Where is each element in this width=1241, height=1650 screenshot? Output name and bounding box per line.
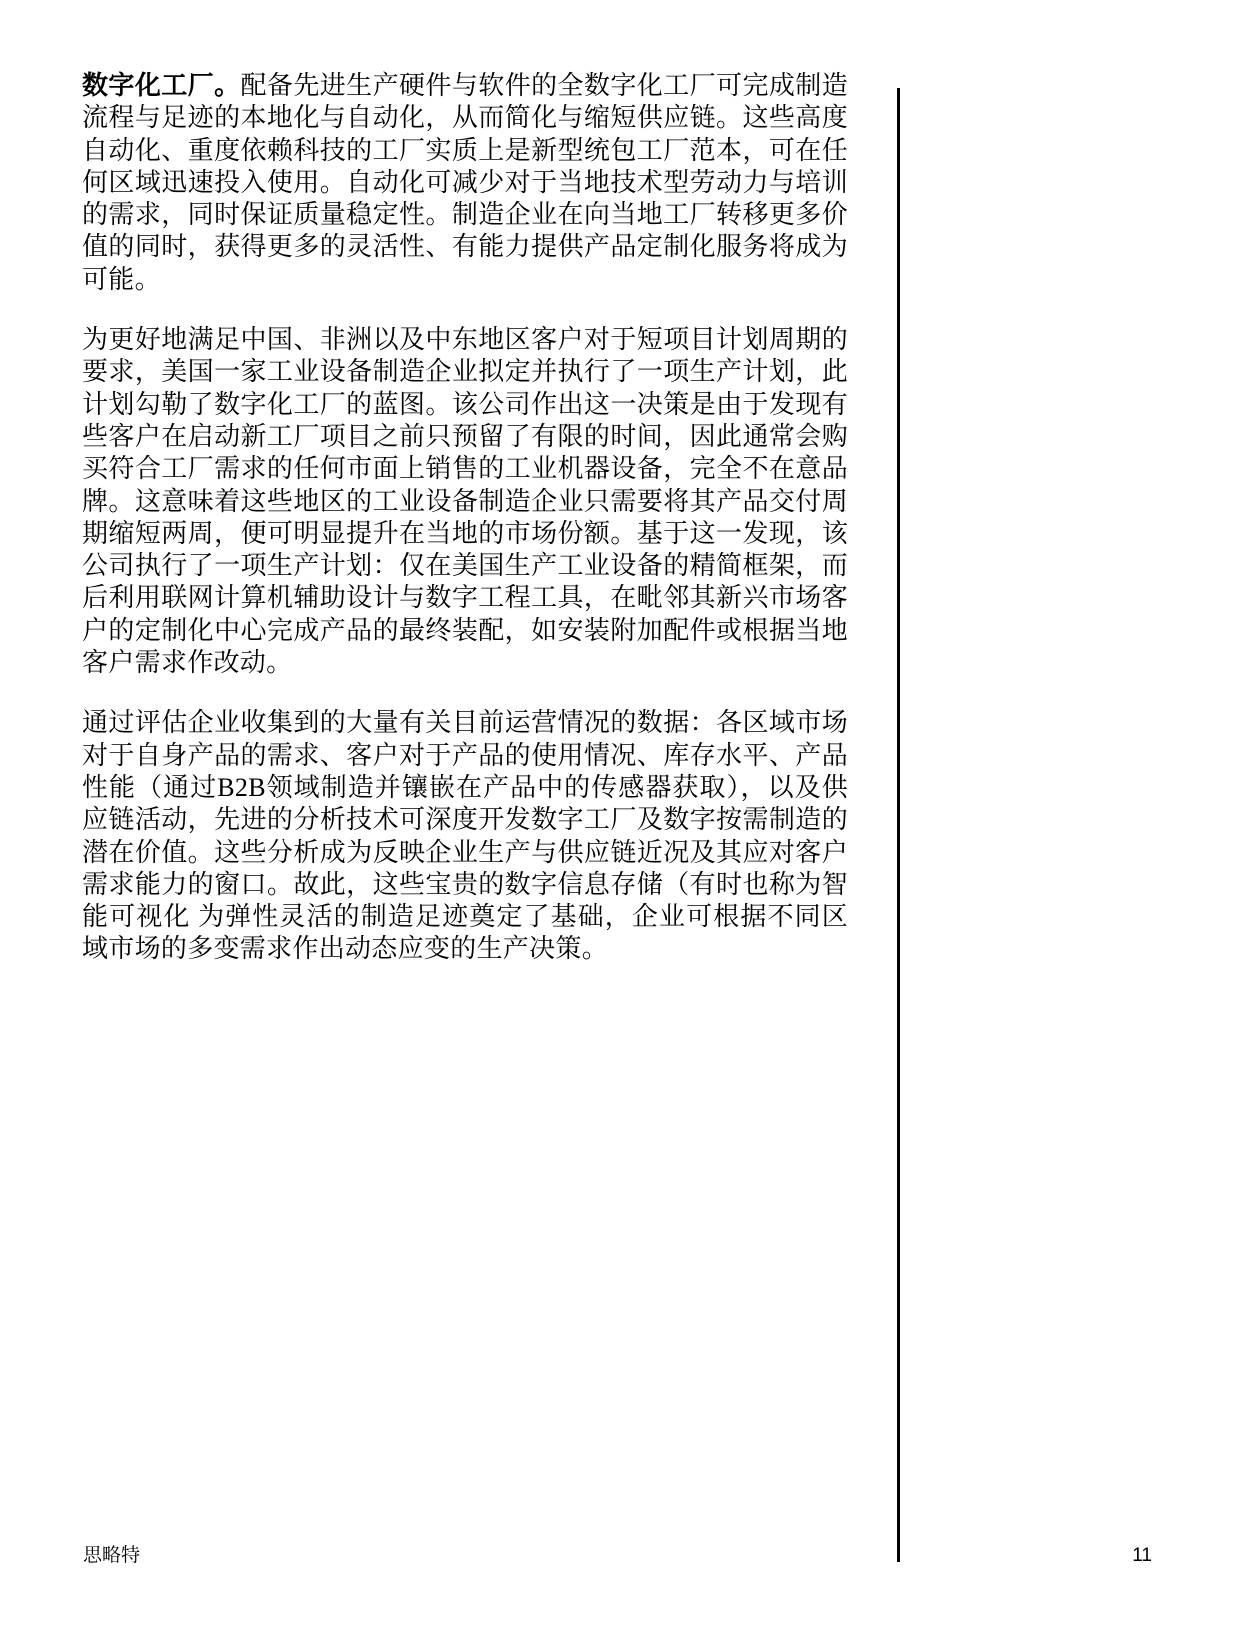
- page: 数字化工厂。配备先进生产硬件与软件的全数字化工厂可完成制造流程与足迹的本地化与自…: [0, 0, 1241, 1650]
- paragraph-body: 配备先进生产硬件与软件的全数字化工厂可完成制造流程与足迹的本地化与自动化，从而简…: [82, 71, 848, 294]
- column-divider-rule: [897, 88, 900, 1562]
- page-number: 11: [1132, 1544, 1152, 1568]
- paragraph: 为更好地满足中国、非洲以及中东地区客户对于短项目计划周期的要求，美国一家工业设备…: [82, 324, 848, 679]
- paragraph: 通过评估企业收集到的大量有关目前运营情况的数据：各区域市场对于自身产品的需求、客…: [82, 707, 848, 965]
- paragraph-body: 通过评估企业收集到的大量有关目前运营情况的数据：各区域市场对于自身产品的需求、客…: [82, 708, 848, 963]
- paragraph-lead: 数字化工厂。: [82, 71, 241, 100]
- paragraph: 数字化工厂。配备先进生产硬件与软件的全数字化工厂可完成制造流程与足迹的本地化与自…: [82, 70, 848, 296]
- footer-brand: 思略特: [83, 1544, 140, 1568]
- paragraph-body: 为更好地满足中国、非洲以及中东地区客户对于短项目计划周期的要求，美国一家工业设备…: [82, 325, 848, 677]
- article-text-column: 数字化工厂。配备先进生产硬件与软件的全数字化工厂可完成制造流程与足迹的本地化与自…: [82, 70, 848, 966]
